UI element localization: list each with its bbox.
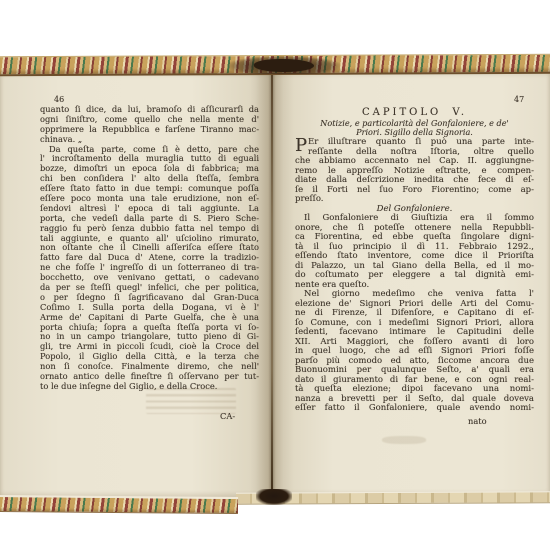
text-line: Priori. Sigillo della Signoria. — [295, 128, 534, 137]
gutter-line — [271, 72, 273, 496]
chapter-heading: CAPITOLO V. — [295, 107, 534, 118]
open-book-photo: 46 quanto ſi dice, da lui, bramoſo di aſ… — [0, 0, 550, 550]
text-line: ſe il Forti nel ſuo Foro Fiorentino; com… — [295, 186, 534, 196]
catchword-left: CA- — [220, 411, 235, 421]
bottom-marbled-board-edge — [0, 495, 238, 514]
page-number-right: 47 — [514, 95, 524, 104]
left-page: 46 quanto ſi dice, da lui, bramoſo di aſ… — [0, 70, 272, 497]
chapter-subtitle: Notizie, e particolarità del Gonfalonier… — [295, 119, 534, 137]
headband — [228, 56, 340, 74]
tailband — [256, 489, 292, 505]
right-page: 47 CAPITOLO V. Notizie, e particolarità … — [272, 70, 550, 496]
page-number-left: 46 — [54, 95, 64, 104]
right-page-text: Er illuſtrare quanto ſi può una parte in… — [295, 138, 534, 414]
text-line: eſſer fatto il Gonfaloniere, quale avend… — [295, 404, 534, 414]
left-page-text: quanto ſi dice, da lui, bramoſo di aſſic… — [40, 105, 259, 392]
ink-smudge — [382, 436, 426, 444]
catchword-right: nato — [468, 416, 487, 426]
